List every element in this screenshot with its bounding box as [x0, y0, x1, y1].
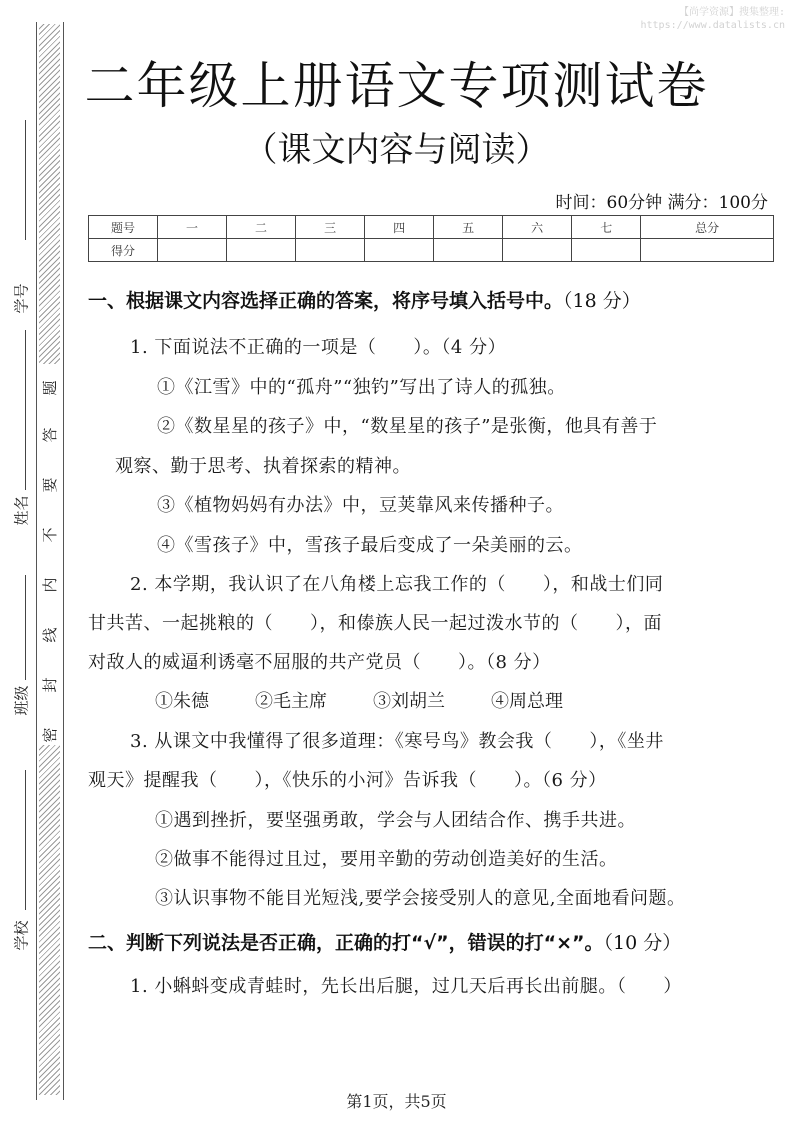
class-label: 班级 [11, 685, 32, 715]
option-item: ③刘胡兰 [373, 687, 445, 713]
section-heading-2: 二、判断下列说法是否正确，正确的打“√”，错误的打“×”。（10 分） [88, 928, 681, 955]
name-field[interactable] [25, 330, 26, 490]
score-input-cell[interactable] [227, 239, 296, 262]
seal-char: 要 [42, 477, 58, 493]
seal-char: 封 [42, 677, 58, 693]
exam-time-score: 时间：60分钟 满分：100分 [556, 188, 768, 213]
seal-char: 题 [42, 380, 58, 396]
watermark: 【尚学资源】搜集整理: https://www.datalists.cn [641, 6, 786, 32]
question-1-1: 1. 下面说法不正确的一项是（ ）。（4 分） [130, 333, 506, 359]
page-subtitle: （课文内容与阅读） [0, 122, 793, 171]
option-line: ①《江雪》中的“孤舟”“独钓”写出了诗人的孤独。 [157, 373, 566, 399]
score-table-cell: 二 [227, 216, 296, 239]
margin-border-left [36, 22, 37, 1100]
score-table-cell: 一 [158, 216, 227, 239]
school-field[interactable] [25, 770, 26, 910]
score-table-cell: 四 [365, 216, 434, 239]
question-line: 对敌人的威逼利诱毫不屈服的共产党员（ ）。（8 分） [88, 648, 551, 674]
seal-char: 内 [42, 577, 58, 593]
score-input-cell[interactable] [296, 239, 365, 262]
score-input-cell[interactable] [434, 239, 503, 262]
option-line: ④《雪孩子》中，雪孩子最后变成了一朵美丽的云。 [157, 531, 583, 557]
score-table-cell: 七 [572, 216, 641, 239]
hatch-pattern-bottom [39, 745, 60, 1095]
section-heading-text: 一、根据课文内容选择正确的答案，将序号填入括号中。 [88, 290, 563, 312]
answer-options: ①朱德 ②毛主席 ③刘胡兰 ④周总理 [155, 687, 563, 713]
option-line: 观察、勤于思考、执着探索的精神。 [115, 452, 411, 478]
section-heading-1: 一、根据课文内容选择正确的答案，将序号填入括号中。（18 分） [88, 286, 641, 313]
page-number: 第1页，共5页 [0, 1089, 793, 1112]
score-table-cell: 三 [296, 216, 365, 239]
score-table-cell: 总分 [641, 216, 774, 239]
student-id-label: 学号 [11, 283, 32, 313]
option-line: ③《植物妈妈有办法》中，豆荚靠风来传播种子。 [157, 491, 564, 517]
margin-border-right [63, 22, 64, 1100]
section-points: （10 分） [604, 932, 682, 954]
score-table-cell: 题号 [89, 216, 158, 239]
score-table-header-row: 题号 一 二 三 四 五 六 七 总分 [89, 216, 774, 239]
name-label: 姓名 [11, 495, 32, 525]
score-input-cell[interactable] [641, 239, 774, 262]
seal-char: 密 [42, 727, 58, 743]
question-line: 观天》提醒我（ ），《快乐的小河》告诉我（ ）。（6 分） [88, 766, 607, 792]
section-heading-text: 二、判断下列说法是否正确，正确的打“√”，错误的打“×”。 [88, 932, 604, 954]
seal-char: 线 [42, 627, 58, 643]
option-item: ①朱德 [155, 687, 209, 713]
score-table-score-row: 得分 [89, 239, 774, 262]
option-item: ②毛主席 [255, 687, 327, 713]
score-input-cell[interactable] [158, 239, 227, 262]
question-1-2: 2. 本学期，我认识了在八角楼上忘我工作的（ ），和战士们同 [130, 570, 663, 596]
score-table-cell: 五 [434, 216, 503, 239]
score-table-cell: 得分 [89, 239, 158, 262]
score-input-cell[interactable] [503, 239, 572, 262]
watermark-line1: 【尚学资源】搜集整理: [641, 6, 786, 19]
option-line: ①遇到挫折，要坚强勇敢，学会与人团结合作、携手共进。 [155, 806, 636, 832]
option-line: ②做事不能得过且过，要用辛勤的劳动创造美好的生活。 [155, 845, 618, 871]
question-1-3: 3. 从课文中我懂得了很多道理：《寒号鸟》教会我（ ），《坐井 [130, 727, 664, 753]
page-title: 二年级上册语文专项测试卷 [0, 46, 793, 118]
section-points: （18 分） [563, 290, 641, 312]
score-input-cell[interactable] [365, 239, 434, 262]
option-line: ②《数星星的孩子》中，“数星星的孩子”是张衡，他具有善于 [157, 412, 657, 438]
score-table: 题号 一 二 三 四 五 六 七 总分 得分 [88, 215, 774, 262]
score-table-cell: 六 [503, 216, 572, 239]
option-line: ③认识事物不能目光短浅,要学会接受别人的意见,全面地看问题。 [155, 884, 685, 910]
question-line: 甘共苦、一起挑粮的（ ），和傣族人民一起过泼水节的（ ），面 [88, 609, 662, 635]
watermark-url: https://www.datalists.cn [641, 19, 786, 32]
school-label: 学校 [11, 920, 32, 950]
option-item: ④周总理 [491, 687, 563, 713]
seal-char: 不 [42, 527, 58, 543]
question-2-1: 1. 小蝌蚪变成青蛙时，先长出后腿，过几天后再长出前腿。（ ） [130, 972, 682, 998]
class-field[interactable] [25, 575, 26, 680]
seal-char: 答 [42, 427, 58, 443]
score-input-cell[interactable] [572, 239, 641, 262]
